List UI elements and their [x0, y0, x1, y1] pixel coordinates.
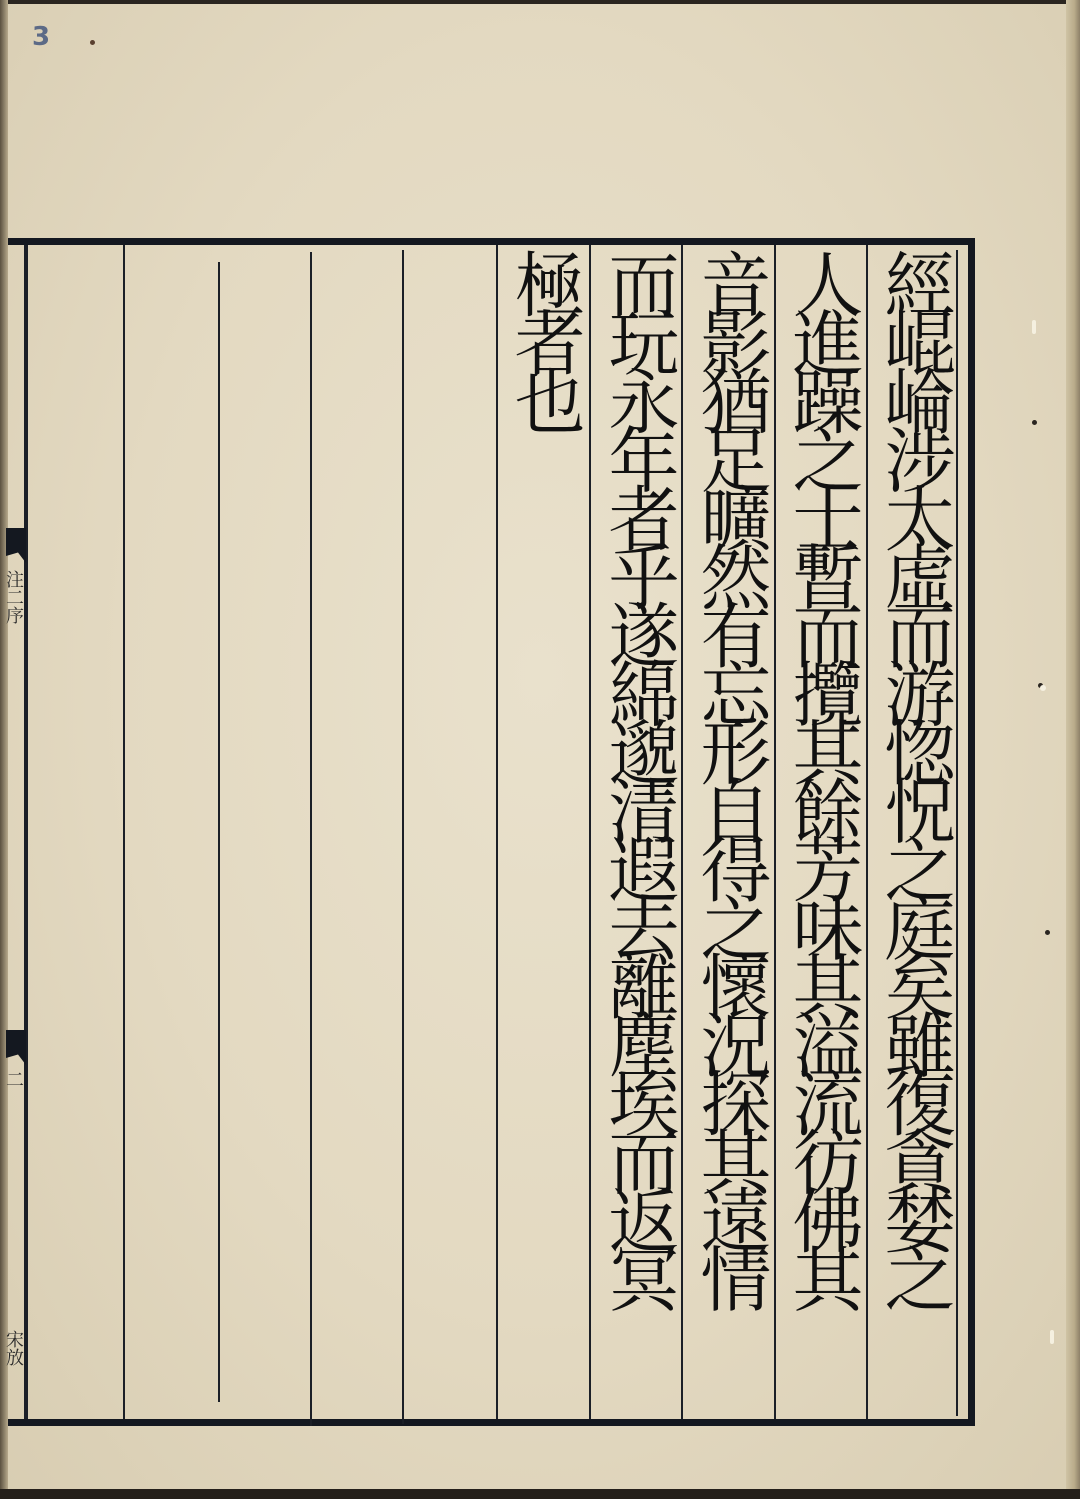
scan-top-edge [0, 0, 1080, 4]
column-rule [123, 245, 125, 1419]
paper-spot [1040, 685, 1046, 691]
paper-spot [1050, 1330, 1054, 1344]
column-rule [866, 245, 868, 1419]
column-rule [681, 245, 683, 1419]
paper-spot [1032, 320, 1036, 334]
text-column-1: 經崐崘涉太虛而游惚怳之庭矣雖復貪婪之 [872, 248, 956, 1418]
book-page: 3 注二序 二 宋放 經崐崘涉太虛而游惚怳之庭矣雖復貪婪之 人進躁之士暫而攬其餘… [0, 0, 1080, 1499]
text-column-5: 極者也 [502, 248, 586, 1418]
paper-spot [90, 40, 95, 45]
text-column-4: 而玩永年者乎遂綿邈清遐去離塵埃而返冥 [596, 248, 680, 1418]
column-rule [24, 245, 28, 1419]
paper-spot [1032, 420, 1037, 425]
fold-edge-bottom-text: 宋放 [6, 1330, 24, 1410]
text-column-2: 人進躁之士暫而攬其餘芳味其溢流彷佛其 [780, 248, 864, 1418]
frame-inner-rule [956, 250, 958, 1416]
column-rule [310, 252, 312, 1426]
column-rule [218, 262, 220, 1402]
column-rule [496, 245, 498, 1419]
column-rule [589, 245, 591, 1419]
page-number-mark: 3 [32, 22, 50, 52]
fold-edge-title: 注二序 [6, 570, 24, 700]
scan-bottom-edge [0, 1489, 1080, 1499]
column-rule [774, 245, 776, 1419]
paper-spot [1045, 930, 1050, 935]
fold-edge-leaf-number: 二 [6, 1070, 24, 1100]
text-column-3: 音影猶足曠然有忘形自得之懷況探其遠情 [688, 248, 772, 1418]
fold-edge [0, 0, 8, 1499]
page-right-edge [1066, 0, 1080, 1499]
column-rule [402, 250, 404, 1424]
